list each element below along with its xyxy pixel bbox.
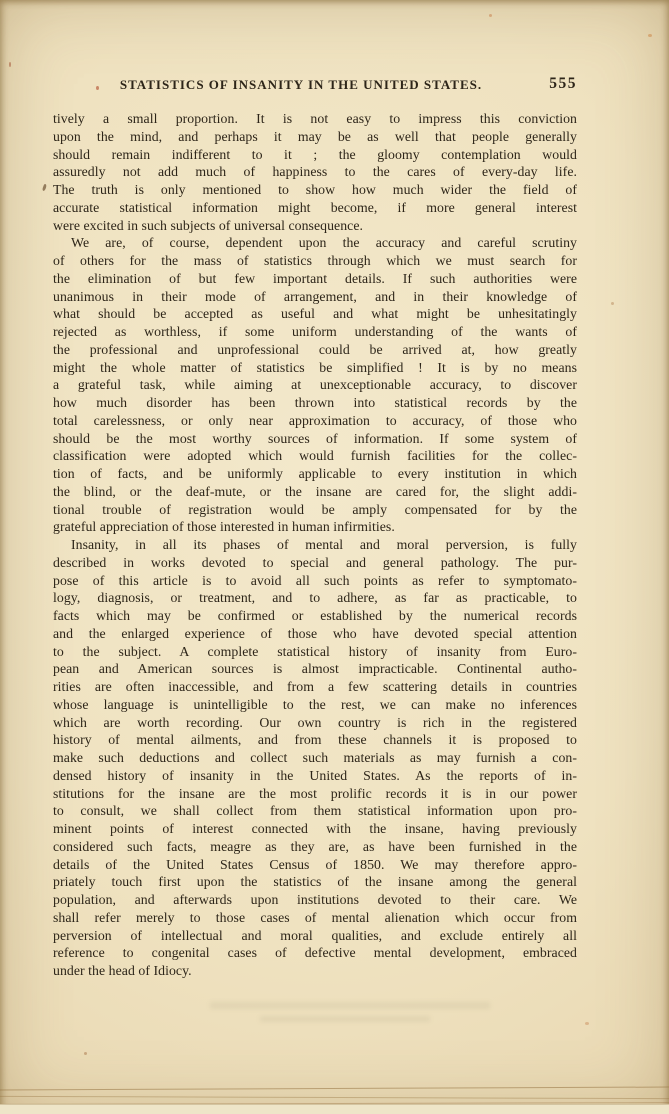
page-number: 555: [549, 75, 577, 93]
foxing-speck: [489, 14, 492, 17]
foxing-speck: [585, 1022, 589, 1025]
showthrough-smudge: [260, 1016, 430, 1022]
text-line: whose language is unintelligible to the …: [53, 696, 577, 714]
text-line: shall refer merely to those cases of men…: [53, 909, 577, 927]
text-line: history of mental ailments, and from the…: [53, 731, 577, 749]
text-line: tional trouble of registration would be …: [53, 501, 577, 519]
text-line: total carelessness, or only near approxi…: [53, 412, 577, 430]
text-line: what should be accepted as useful and wh…: [53, 305, 577, 323]
page-content: STATISTICS OF INSANITY IN THE UNITED STA…: [53, 77, 577, 980]
text-line: assuredly not add much of happiness to t…: [53, 163, 577, 181]
text-line: accurate statistical information might b…: [53, 199, 577, 217]
text-line: considered such facts, meagre as they ar…: [53, 838, 577, 856]
text-line: should remain indifferent to it ; the gl…: [53, 146, 577, 164]
text-line: facts which may be confirmed or establis…: [53, 607, 577, 625]
text-line: which are worth recording. Our own count…: [53, 714, 577, 732]
text-line: perversion of intellectual and moral qua…: [53, 927, 577, 945]
showthrough-smudge: [210, 1002, 490, 1009]
text-line: might the whole matter of statistics be …: [53, 359, 577, 377]
foxing-speck: [648, 34, 652, 37]
text-line: priately touch first upon the statistics…: [53, 873, 577, 891]
text-line: the professional and unprofessional coul…: [53, 341, 577, 359]
text-line: how much disorder has been thrown into s…: [53, 394, 577, 412]
text-line: classification were adopted which would …: [53, 447, 577, 465]
text-line: rities are often inaccessible, and from …: [53, 678, 577, 696]
text-line: tion of facts, and be uniformly applicab…: [53, 465, 577, 483]
text-line: should be the most worthy sources of inf…: [53, 430, 577, 448]
text-line: population, and afterwards upon institut…: [53, 891, 577, 909]
foxing-speck: [9, 62, 11, 67]
text-line: Insanity, in all its phases of mental an…: [53, 536, 577, 554]
text-line: the elimination of but few important det…: [53, 270, 577, 288]
text-line: pose of this article is to avoid all suc…: [53, 572, 577, 590]
text-line: and the enlarged experience of those who…: [53, 625, 577, 643]
text-line: to the subject. A complete statistical h…: [53, 643, 577, 661]
text-line: were excited in such subjects of univers…: [53, 217, 577, 235]
text-line: logy, diagnosis, or treatment, and to ad…: [53, 589, 577, 607]
text-line: a grateful task, while aiming at unexcep…: [53, 376, 577, 394]
text-line: unanimous in their mode of arrangement, …: [53, 288, 577, 306]
text-line: pean and American sources is almost impr…: [53, 660, 577, 678]
text-line: We are, of course, dependent upon the ac…: [53, 234, 577, 252]
page-header: STATISTICS OF INSANITY IN THE UNITED STA…: [53, 77, 577, 94]
page-edge-line: [0, 1087, 669, 1091]
text-line: to consult, we shall collect from them s…: [53, 802, 577, 820]
page-body: tively a small proportion. It is not eas…: [53, 110, 577, 980]
text-line: grateful appreciation of those intereste…: [53, 518, 577, 536]
text-line: rejected as worthless, if some uniform u…: [53, 323, 577, 341]
scanned-book-page: STATISTICS OF INSANITY IN THE UNITED STA…: [0, 0, 669, 1114]
page-edge-line: [0, 1096, 669, 1099]
running-title: STATISTICS OF INSANITY IN THE UNITED STA…: [39, 77, 563, 93]
text-line: densed history of insanity in the United…: [53, 767, 577, 785]
text-line: of others for the mass of statistics thr…: [53, 252, 577, 270]
text-line: upon the mind, and perhaps it may be as …: [53, 128, 577, 146]
text-line: minent points of interest connected with…: [53, 820, 577, 838]
foxing-speck: [84, 1052, 87, 1055]
ink-mark: [42, 184, 47, 192]
text-line: described in works devoted to special an…: [53, 554, 577, 572]
text-line: details of the United States Census of 1…: [53, 856, 577, 874]
page-bottom-edge: [0, 1104, 669, 1114]
text-line: under the head of Idiocy.: [53, 962, 577, 980]
text-line: make such deductions and collect such ma…: [53, 749, 577, 767]
text-line: tively a small proportion. It is not eas…: [53, 110, 577, 128]
foxing-speck: [611, 302, 614, 305]
text-line: The truth is only mentioned to show how …: [53, 181, 577, 199]
text-line: reference to congenital cases of defecti…: [53, 944, 577, 962]
page-edge-line: [0, 1102, 669, 1105]
text-line: the blind, or the deaf-mute, or the insa…: [53, 483, 577, 501]
text-line: stitutions for the insane are the most p…: [53, 785, 577, 803]
